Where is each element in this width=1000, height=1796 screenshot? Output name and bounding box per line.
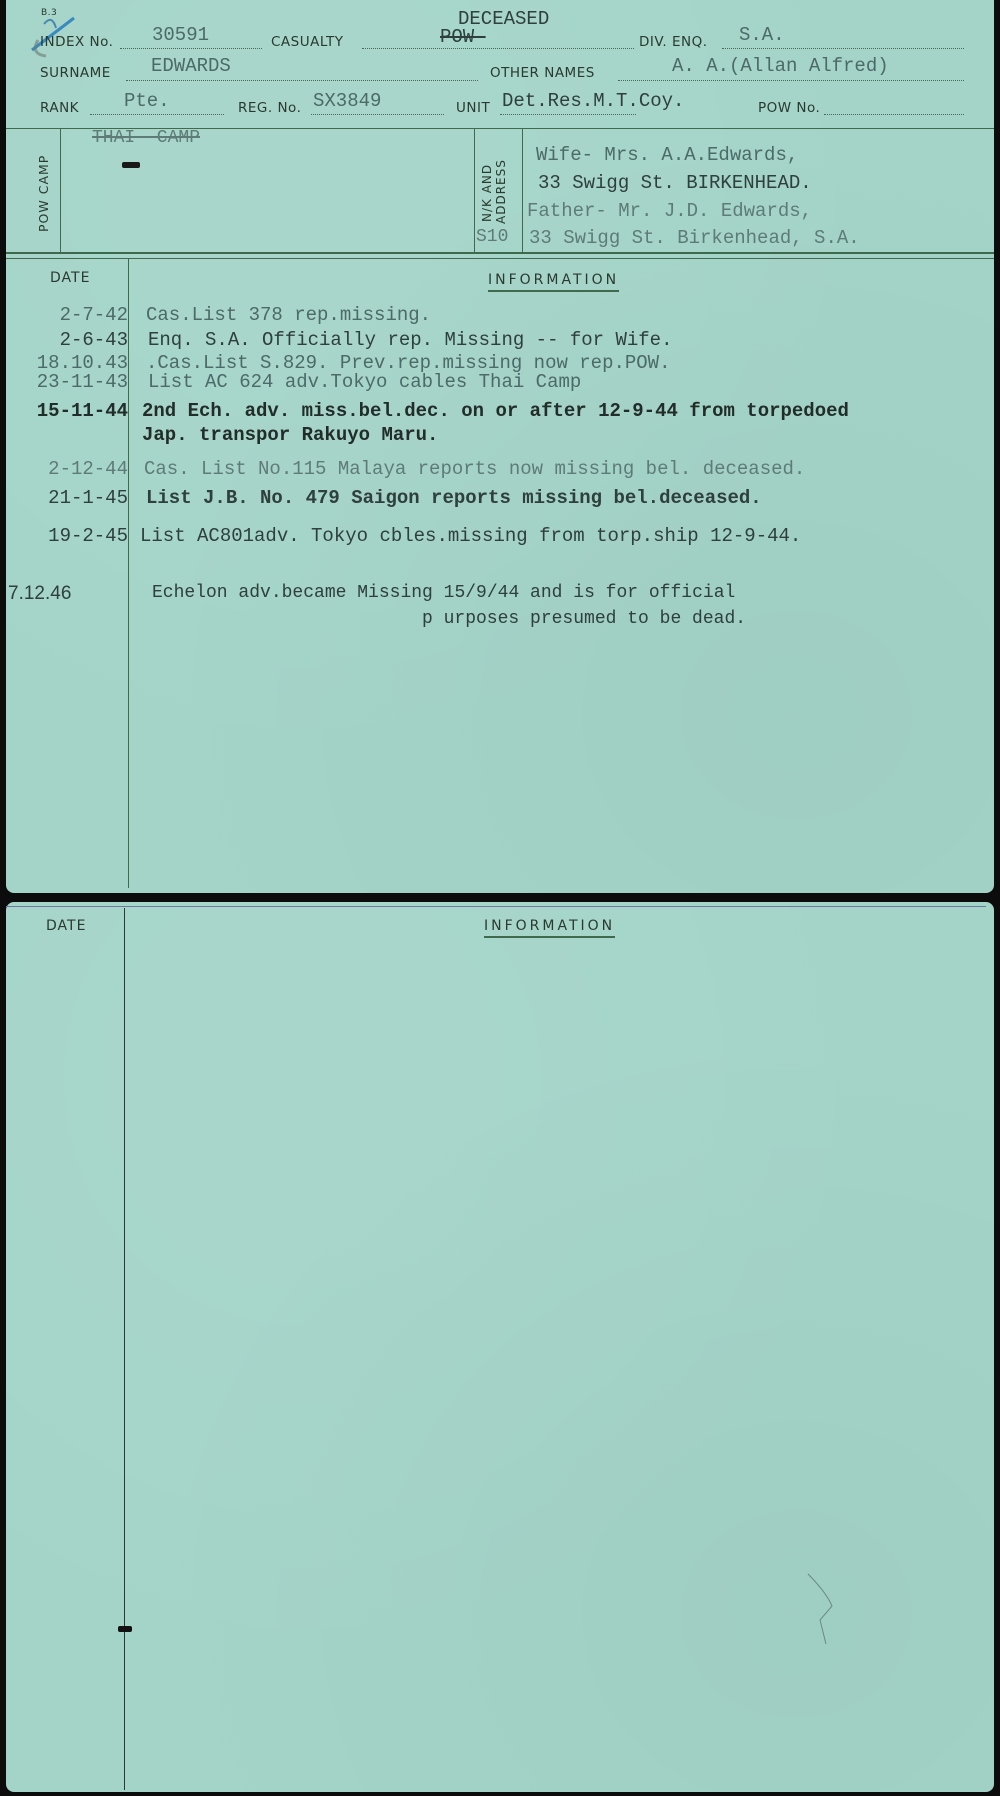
index-dots [120, 48, 262, 49]
date-column-divider-reverse [124, 908, 125, 1790]
other-names-dots [618, 80, 964, 81]
service-card-front: B.3 INDEX No. 30591 CASUALTY DECEASED PO… [6, 0, 994, 893]
service-card-reverse: DATE INFORMATION [6, 902, 994, 1792]
nok-code: S10 [476, 227, 508, 247]
rule-mid-1 [6, 252, 994, 254]
rank-label: RANK [40, 100, 79, 116]
pow-camp-divider [60, 128, 61, 252]
reg-no-value: SX3849 [313, 90, 381, 112]
entry-date: 7.12.46 [0, 583, 108, 605]
reg-no-label: REG. No. [238, 100, 301, 116]
rank-dots [90, 114, 224, 115]
information-header-reverse: INFORMATION [484, 918, 615, 938]
entry-date: 2-12-44 [6, 458, 128, 480]
entry-info: Enq. S.A. Officially rep. Missing -- for… [148, 329, 673, 351]
entry-info: List AC 624 adv.Tokyo cables Thai Camp [148, 371, 581, 393]
other-names-value: A. A.(Allan Alfred) [672, 55, 889, 77]
pow-no-label: POW No. [758, 100, 820, 116]
entry-info: List J.B. No. 479 Saigon reports missing… [146, 487, 762, 509]
other-names-label: OTHER NAMES [490, 65, 595, 81]
date-column-divider [128, 258, 129, 888]
entry-info: Cas. List No.115 Malaya reports now miss… [144, 458, 805, 480]
pow-camp-label: POW CAMP [36, 155, 51, 232]
date-header-reverse: DATE [46, 918, 86, 934]
pow-camp-value: THAI- CAMP [92, 128, 200, 148]
nok-left-divider [474, 128, 475, 252]
nok-line: Father- Mr. J.D. Edwards, [527, 200, 812, 222]
nok-line: 33 Swigg St. BIRKENHEAD. [538, 172, 812, 194]
entry-date: 15-11-44 [6, 400, 128, 422]
casualty-label: CASUALTY [271, 34, 344, 50]
index-value: 30591 [152, 24, 209, 46]
nok-label-line1: N/K AND [480, 164, 494, 222]
entry-info: List AC801adv. Tokyo cbles.missing from … [140, 525, 801, 547]
entry-date: 23-11-43 [6, 371, 128, 393]
surname-value: EDWARDS [151, 55, 231, 77]
unit-dots [500, 114, 636, 115]
entry-date: 19-2-45 [6, 525, 128, 547]
unit-label: UNIT [456, 100, 490, 116]
entry-info: Cas.List 378 rep.missing. [146, 304, 431, 326]
nok-label-line2: ADDRESS [494, 159, 508, 224]
div-enq-value: S.A. [739, 24, 785, 46]
pencil-scribble-icon [806, 1572, 846, 1652]
ink-mark [118, 1626, 132, 1632]
entry-date: 2-7-42 [6, 304, 128, 326]
surname-label: SURNAME [40, 65, 111, 81]
surname-dots [126, 80, 478, 81]
rank-value: Pte. [124, 90, 170, 112]
entry-date: 2-6-43 [6, 329, 128, 351]
entry-info: p urposes presumed to be dead. [422, 609, 746, 629]
rule-mid-2 [6, 258, 994, 259]
ink-blot [122, 162, 140, 168]
nok-right-divider [522, 128, 523, 252]
nok-line: Wife- Mrs. A.A.Edwards, [536, 144, 798, 166]
entry-info: Jap. transpor Rakuyo Maru. [142, 424, 438, 446]
pow-no-dots [824, 114, 964, 115]
entry-info: Echelon adv.became Missing 15/9/44 and i… [152, 583, 735, 603]
corner-mark: B.3 [41, 8, 57, 18]
casualty-struck-value: POW- [440, 26, 486, 48]
entry-info: 2nd Ech. adv. miss.bel.dec. on or after … [142, 400, 849, 422]
casualty-dots [362, 48, 634, 49]
entry-date: 21-1-45 [6, 487, 128, 509]
index-label: INDEX No. [40, 34, 113, 50]
div-enq-label: DIV. ENQ. [639, 34, 708, 50]
reg-no-dots [311, 114, 444, 115]
rule-top-reverse [6, 906, 986, 907]
nok-line: 33 Swigg St. Birkenhead, S.A. [529, 227, 860, 249]
div-enq-dots [722, 48, 964, 49]
unit-value: Det.Res.M.T.Coy. [502, 90, 684, 112]
information-header: INFORMATION [488, 272, 619, 292]
date-header: DATE [50, 270, 90, 286]
